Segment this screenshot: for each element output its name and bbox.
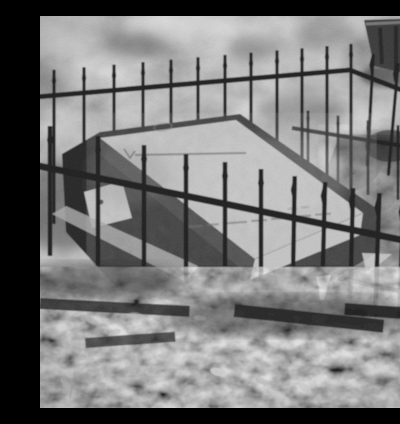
photograph: Flat ledger grave slab enclosed by a spi…: [40, 16, 400, 408]
vignette: [40, 16, 400, 408]
photo-canvas: Flat ledger grave slab enclosed by a spi…: [40, 16, 400, 408]
